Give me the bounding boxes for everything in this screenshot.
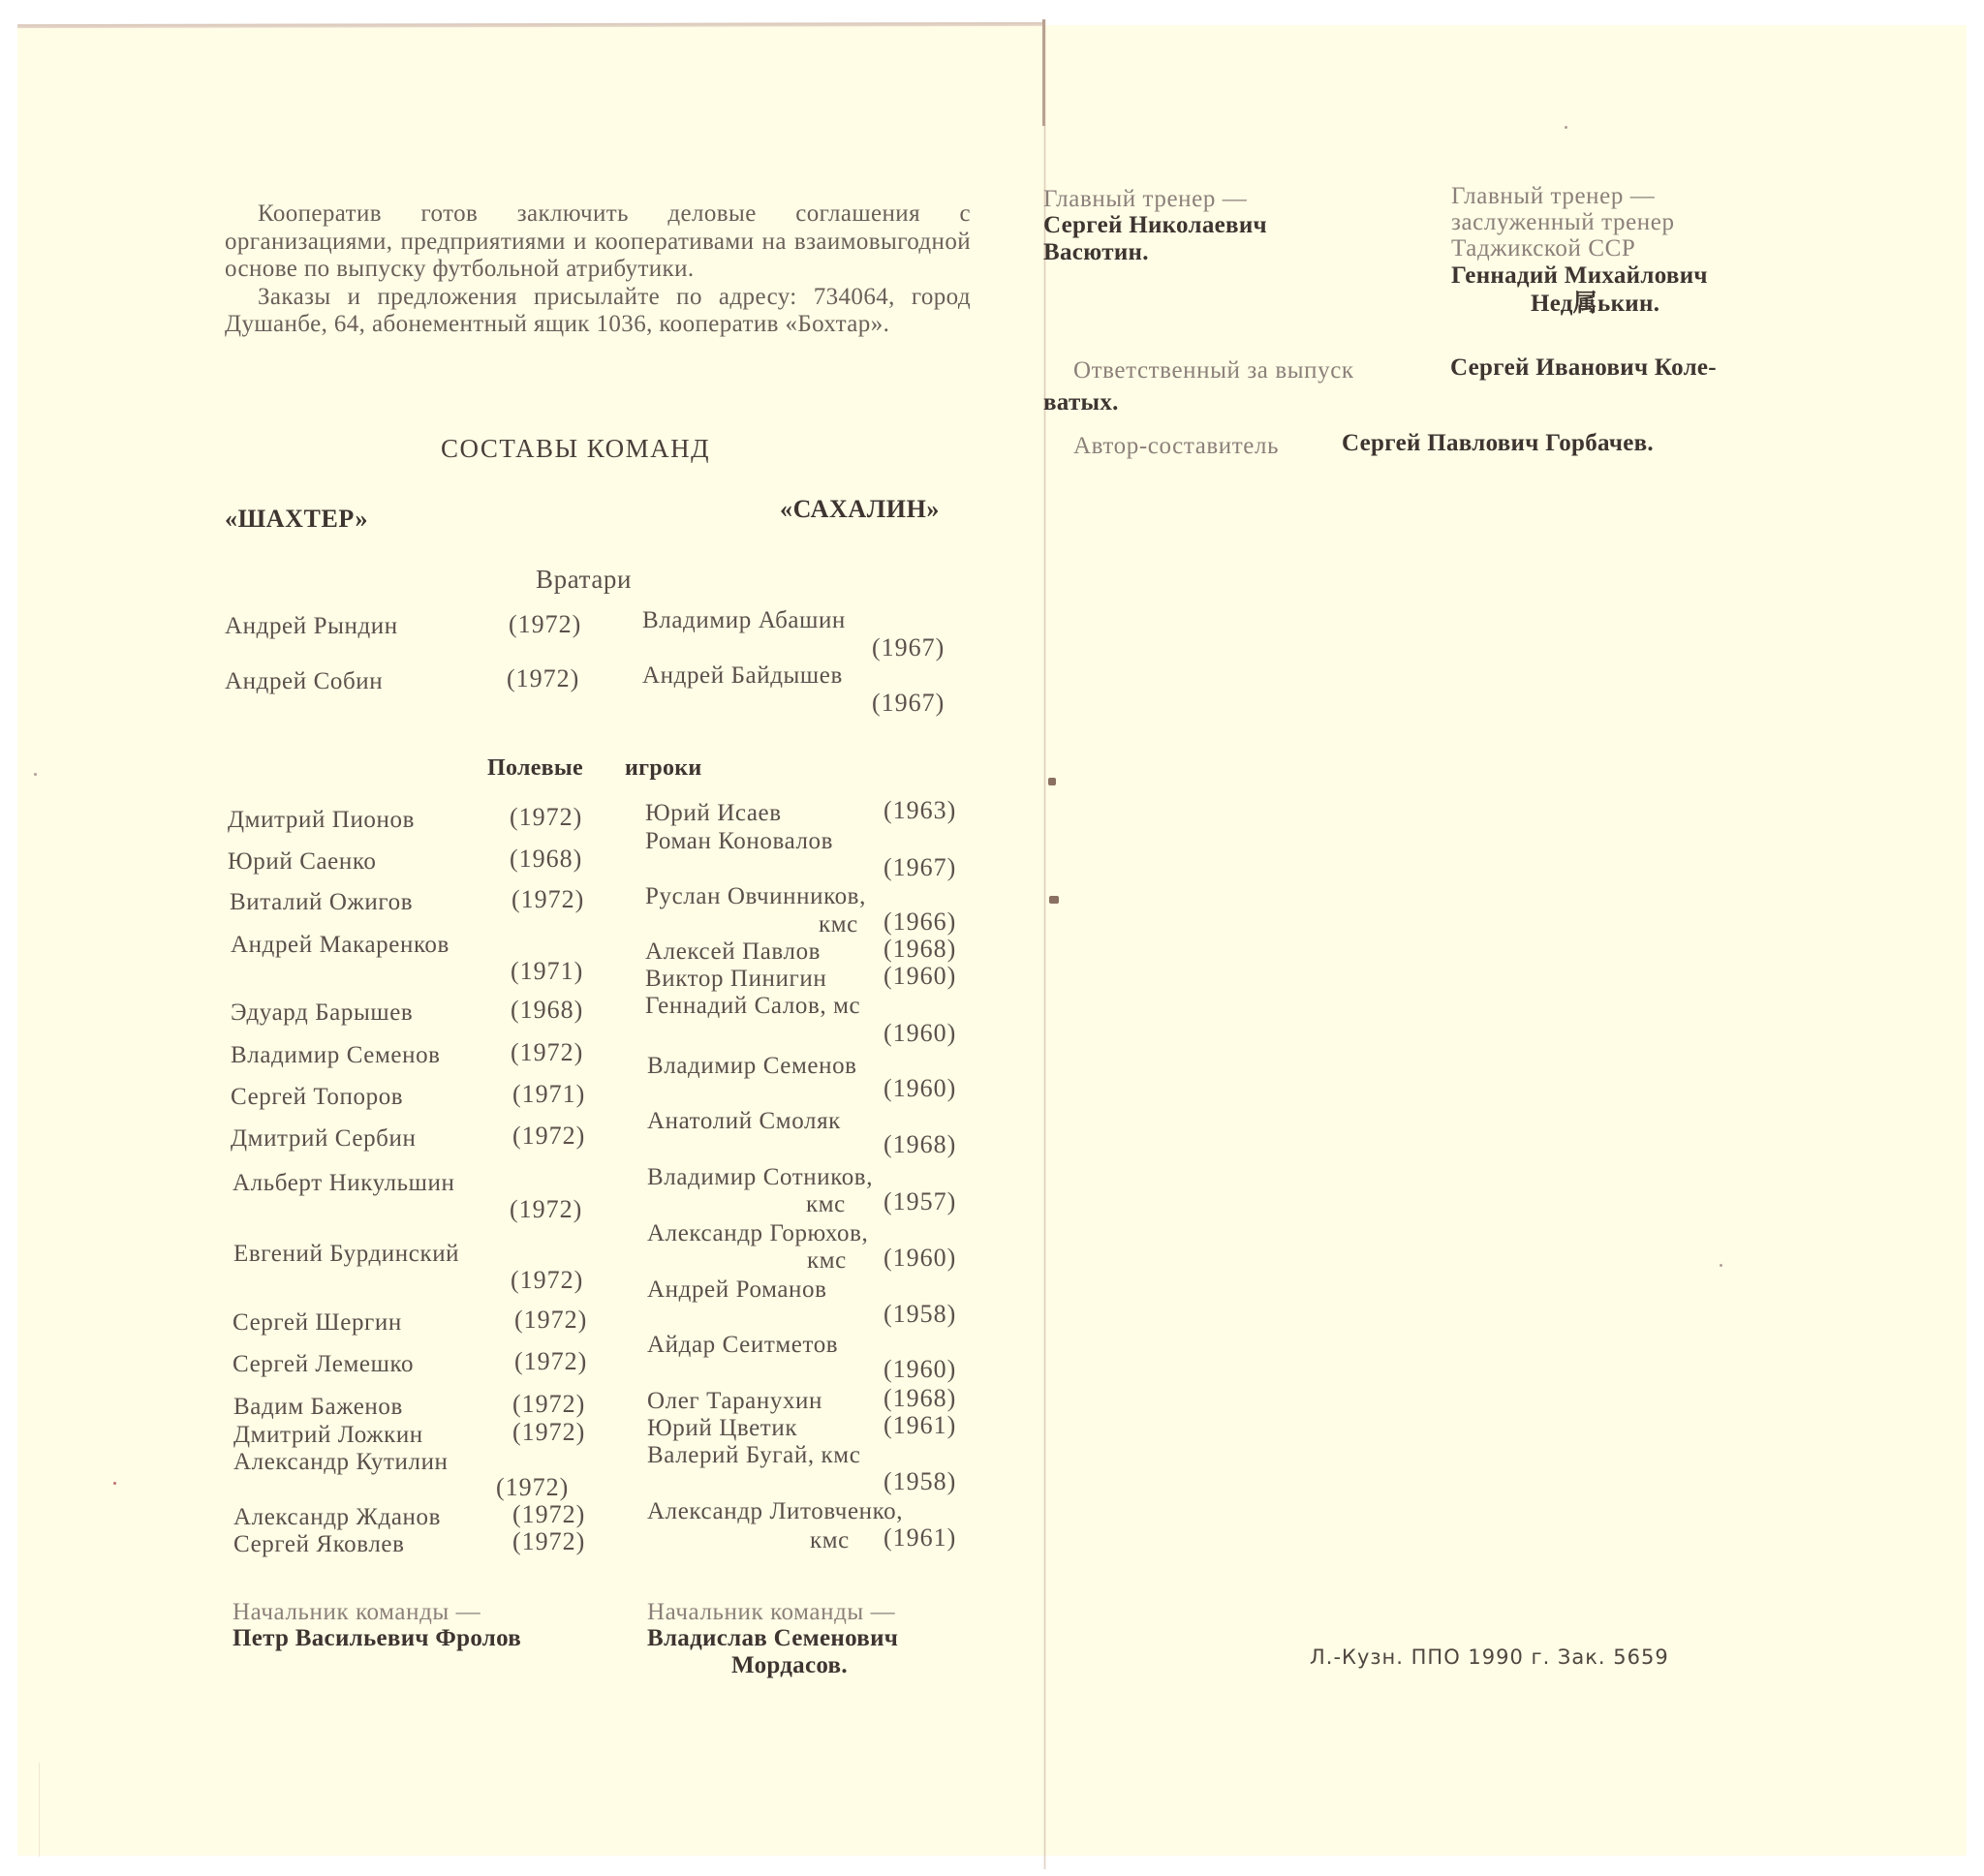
home-player-year: (1972) — [512, 1527, 585, 1556]
away-player-name: Айдар Сеитметов — [647, 1332, 838, 1359]
home-player-name: Александр Кутилин — [233, 1449, 449, 1476]
home-player-name: Сергей Шергин — [232, 1309, 402, 1337]
away-player-name: Валерий Бугай, кмс — [647, 1442, 860, 1469]
home-player-name: Андрей Макаренков — [231, 932, 449, 959]
field-players-label-1: Полевые — [487, 754, 583, 782]
away-player-name: Юрий Исаев — [645, 800, 782, 827]
away-player-name: Владимир Семенов — [647, 1053, 857, 1080]
away-chief-label: Начальник команды — — [647, 1599, 895, 1626]
home-player-year: (1971) — [511, 957, 583, 986]
home-player-year: (1971) — [512, 1080, 585, 1109]
away-player-name: Андрей Романов — [647, 1276, 827, 1304]
team-away-name: «САХАЛИН» — [780, 496, 940, 523]
home-player-name: Эдуард Барышев — [231, 1000, 413, 1027]
home-player-year: (1972) — [512, 1122, 585, 1151]
away-chief-name-line2: Мордасов. — [731, 1652, 848, 1679]
home-player-name: Альберт Никульшин — [232, 1170, 454, 1197]
home-player-year: (1968) — [510, 845, 582, 874]
away-player-year: (1968) — [883, 1130, 956, 1159]
home-player-name: Дмитрий Сербин — [231, 1125, 416, 1153]
away-player-year: (1967) — [883, 853, 956, 882]
home-player-year: (1972) — [510, 1195, 582, 1224]
home-player-name: Юрий Саенко — [228, 848, 376, 876]
paper-left-edge — [39, 1763, 40, 1857]
home-player-name: Дмитрий Пионов — [228, 807, 415, 834]
home-player-name: Сергей Яковлев — [233, 1531, 405, 1558]
away-coach-label-line2: заслуженный тренер — [1451, 209, 1675, 236]
paper-speck — [34, 773, 37, 776]
away-player-title: кмс — [819, 911, 858, 938]
page-fold-crease — [1042, 19, 1045, 126]
home-player-name: Вадим Баженов — [233, 1394, 403, 1421]
away-player-year: (1960) — [883, 1074, 956, 1103]
away-player-year: (1963) — [883, 796, 956, 825]
away-player-title: кмс — [807, 1247, 847, 1275]
away-player-name: Анатолий Смоляк — [647, 1108, 841, 1135]
fold-mark — [1049, 896, 1059, 904]
author-name: Сергей Павлович Горбачев. — [1342, 430, 1654, 457]
home-player-year: (1972) — [514, 1347, 587, 1376]
away-gk-2-year: (1967) — [872, 689, 945, 718]
home-player-year: (1972) — [512, 1390, 585, 1419]
home-player-year: (1972) — [512, 1418, 585, 1447]
away-player-year: (1968) — [883, 1384, 956, 1413]
away-player-name: Роман Коновалов — [645, 828, 833, 855]
away-player-name: Виктор Пинигин — [645, 966, 826, 993]
away-gk-1-name: Владимир Абашин — [642, 607, 846, 634]
paper-speck — [1565, 126, 1567, 129]
away-player-name: Олег Таранухин — [647, 1388, 822, 1415]
paper-speck — [1720, 1264, 1722, 1267]
home-coach-name-line2: Васютин. — [1043, 239, 1149, 266]
paper-speck — [113, 1482, 116, 1485]
away-player-year: (1966) — [883, 907, 956, 937]
away-player-year: (1958) — [883, 1300, 956, 1329]
home-player-name: Владимир Семенов — [231, 1042, 441, 1069]
responsible-name-line1: Сергей Иванович Коле- — [1450, 354, 1717, 382]
section-title: СОСТАВЫ КОМАНД — [441, 435, 710, 462]
page-fold — [1043, 19, 1046, 1869]
away-player-name: Геннадий Салов, мс — [645, 993, 860, 1020]
away-player-name: Владимир Сотников, — [647, 1164, 873, 1191]
responsible-label: Ответственный за выпуск — [1073, 357, 1354, 384]
away-player-name: Руслан Овчинников, — [645, 883, 866, 910]
home-player-year: (1972) — [511, 885, 584, 914]
away-coach-name-line2: Нед属ькин. — [1531, 291, 1659, 318]
home-coach-label: Главный тренер — — [1043, 186, 1247, 213]
home-player-year: (1972) — [511, 1038, 583, 1067]
away-player-year: (1957) — [883, 1187, 956, 1216]
intro-text: Кооператив готов заключить деловые согла… — [225, 200, 971, 339]
home-player-year: (1972) — [510, 803, 582, 832]
home-player-name: Евгений Бурдинский — [233, 1241, 459, 1268]
away-coach-name-line1: Геннадий Михайлович — [1451, 262, 1708, 290]
team-home-name: «ШАХТЕР» — [225, 506, 368, 533]
away-coach-label-line1: Главный тренер — — [1451, 183, 1655, 210]
home-player-year: (1972) — [514, 1306, 587, 1335]
away-player-year: (1961) — [883, 1411, 956, 1440]
away-player-name: Юрий Цветик — [647, 1415, 797, 1442]
responsible-name-line2: ватых. — [1043, 389, 1119, 416]
intro-paragraph-1: Кооператив готов заключить деловые согла… — [225, 200, 971, 284]
away-coach-label-line3: Таджикской ССР — [1451, 235, 1635, 262]
away-player-year: (1968) — [883, 935, 956, 964]
field-players-label-2: игроки — [625, 754, 702, 782]
home-gk-1-name: Андрей Рындин — [225, 613, 398, 640]
home-chief-name: Петр Васильевич Фролов — [232, 1625, 521, 1652]
away-player-year: (1961) — [883, 1523, 956, 1553]
away-player-name: Александр Горюхов, — [647, 1220, 868, 1247]
author-label: Автор-составитель — [1073, 433, 1279, 460]
away-gk-2-name: Андрей Байдышев — [642, 662, 843, 690]
home-player-name: Виталий Ожигов — [230, 889, 413, 916]
away-player-year: (1960) — [883, 1244, 956, 1273]
fold-mark — [1048, 778, 1056, 785]
away-player-year: (1958) — [883, 1467, 956, 1496]
home-chief-label: Начальник команды — — [232, 1599, 480, 1626]
home-coach-name-line1: Сергей Николаевич — [1043, 212, 1267, 239]
home-gk-2-year: (1972) — [507, 664, 579, 693]
home-player-year: (1972) — [511, 1266, 583, 1295]
away-player-year: (1960) — [883, 962, 956, 991]
goalkeepers-label: Вратари — [536, 566, 632, 593]
home-player-year: (1968) — [511, 996, 583, 1025]
away-player-name: Алексей Павлов — [645, 938, 821, 966]
home-player-name: Александр Жданов — [233, 1504, 441, 1531]
away-player-title: кмс — [806, 1191, 846, 1218]
print-imprint: Л.-Кузн. ППО 1990 г. Зак. 5659 — [1310, 1644, 1669, 1671]
home-player-year: (1972) — [512, 1500, 585, 1529]
home-player-year: (1972) — [496, 1473, 569, 1502]
home-player-name: Дмитрий Ложкин — [233, 1422, 423, 1449]
away-player-title: кмс — [810, 1527, 850, 1554]
home-gk-1-year: (1972) — [509, 610, 581, 639]
away-gk-1-year: (1967) — [872, 633, 945, 662]
home-gk-2-name: Андрей Собин — [225, 668, 383, 695]
away-player-year: (1960) — [883, 1019, 956, 1048]
intro-paragraph-2: Заказы и предложения присылайте по адрес… — [225, 284, 971, 339]
home-player-name: Сергей Топоров — [231, 1084, 403, 1111]
away-player-name: Александр Литовченко, — [647, 1498, 903, 1525]
away-player-year: (1960) — [883, 1355, 956, 1384]
home-player-name: Сергей Лемешко — [232, 1351, 414, 1378]
away-chief-name-line1: Владислав Семенович — [647, 1625, 898, 1652]
